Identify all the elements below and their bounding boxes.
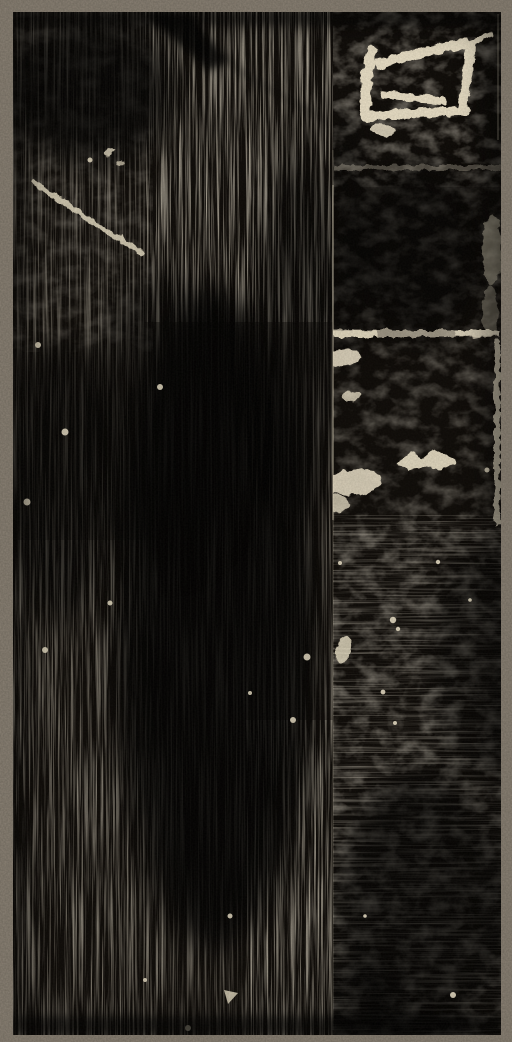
rubbing-canvas bbox=[0, 0, 512, 1042]
stele-ink-rubbing: 曰 bbox=[0, 0, 512, 1042]
grain-overlay bbox=[0, 0, 512, 1042]
